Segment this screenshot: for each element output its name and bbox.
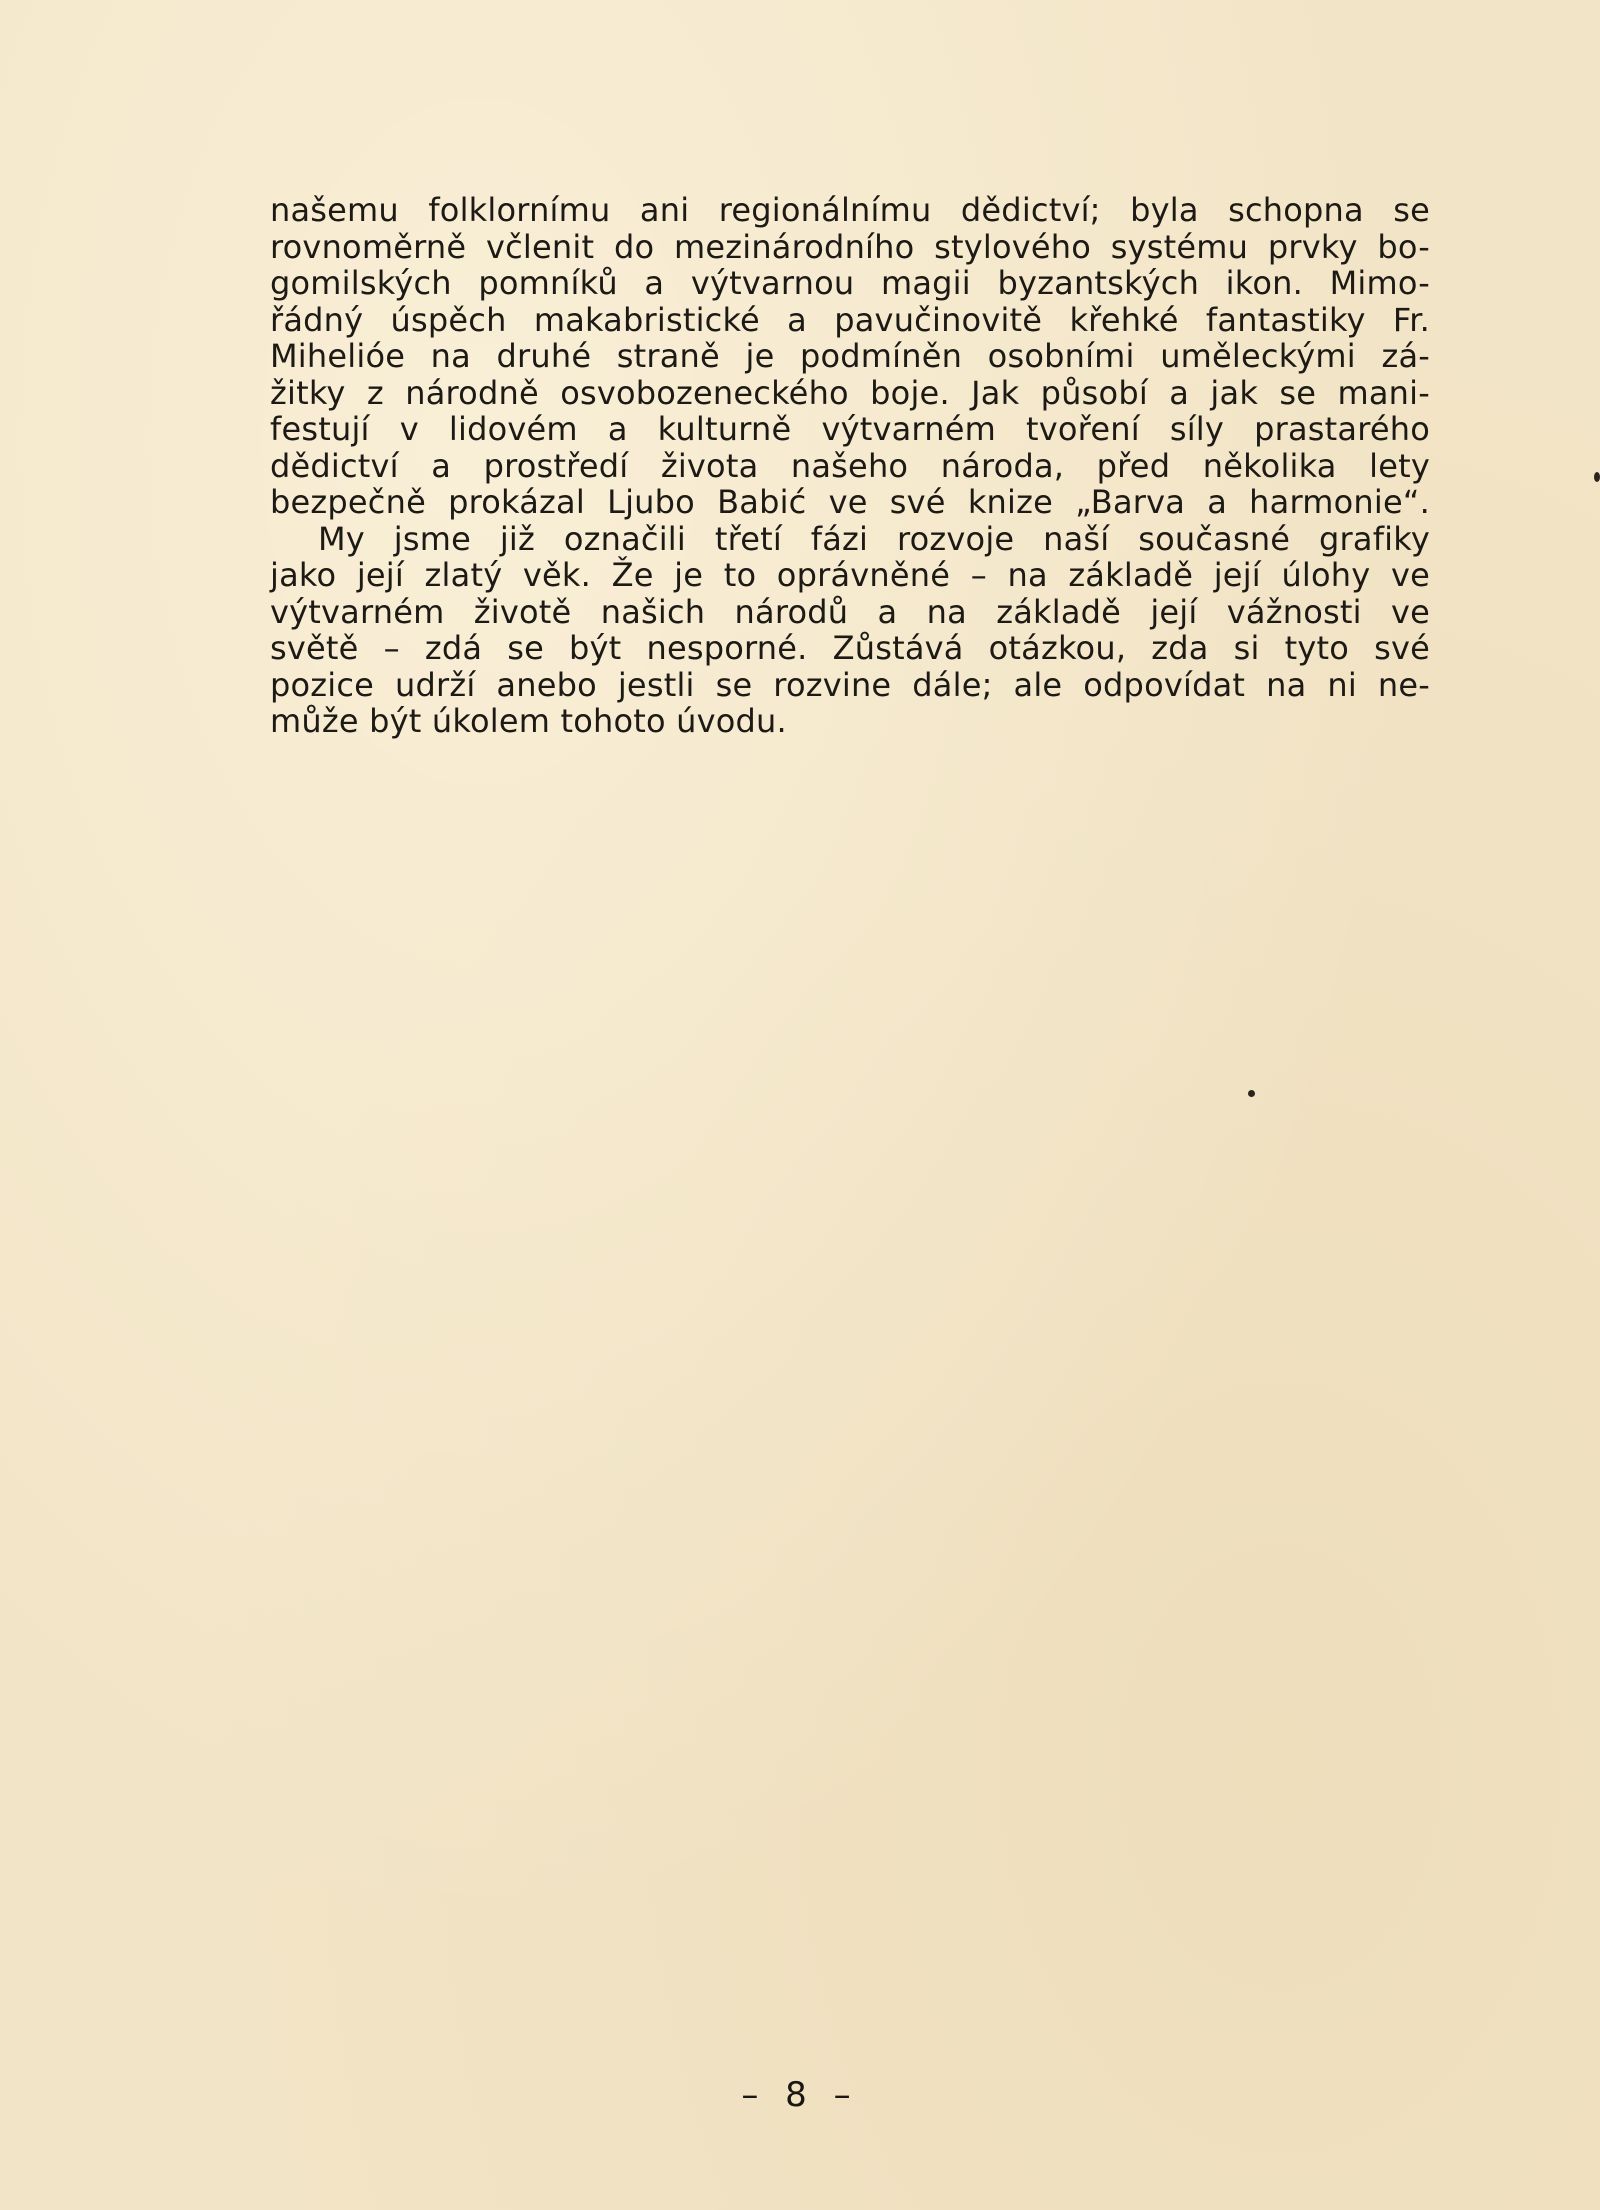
text-line: výtvarném životě našich národů a na zákl… <box>270 594 1430 631</box>
text-line: žitky z národně osvobozeneckého boje. Ja… <box>270 375 1430 412</box>
paragraph-1: našemu folklornímu ani regionálnímu dědi… <box>270 192 1430 521</box>
text-line: Mihelióe na druhé straně je podmíněn oso… <box>270 338 1430 375</box>
text-line: gomilských pomníků a výtvarnou magii byz… <box>270 265 1430 302</box>
page-number: – 8 – <box>0 2075 1600 2115</box>
text-line: jako její zlatý věk. Že je to oprávněné … <box>270 557 1430 594</box>
text-line: pozice udrží anebo jestli se rozvine dál… <box>270 667 1430 704</box>
paragraph-2: My jsme již označili třetí fázi rozvoje … <box>270 521 1430 740</box>
body-text: našemu folklornímu ani regionálnímu dědi… <box>270 192 1430 740</box>
text-line: bezpečně prokázal Ljubo Babić ve své kni… <box>270 484 1430 521</box>
text-line: My jsme již označili třetí fázi rozvoje … <box>270 521 1430 558</box>
text-line: rovnoměrně včlenit do mezinárodního styl… <box>270 229 1430 266</box>
paper-speck <box>1248 1090 1255 1097</box>
text-line: může být úkolem tohoto úvodu. <box>270 703 1430 740</box>
text-line: řádný úspěch makabristické a pavučinovit… <box>270 302 1430 339</box>
document-page: našemu folklornímu ani regionálnímu dědi… <box>0 0 1600 2210</box>
paper-speck <box>1594 472 1600 482</box>
text-line: našemu folklornímu ani regionálnímu dědi… <box>270 192 1430 229</box>
text-line: dědictví a prostředí života našeho národ… <box>270 448 1430 485</box>
text-line: světě – zdá se být nesporné. Zůstává otá… <box>270 630 1430 667</box>
text-line: festují v lidovém a kulturně výtvarném t… <box>270 411 1430 448</box>
